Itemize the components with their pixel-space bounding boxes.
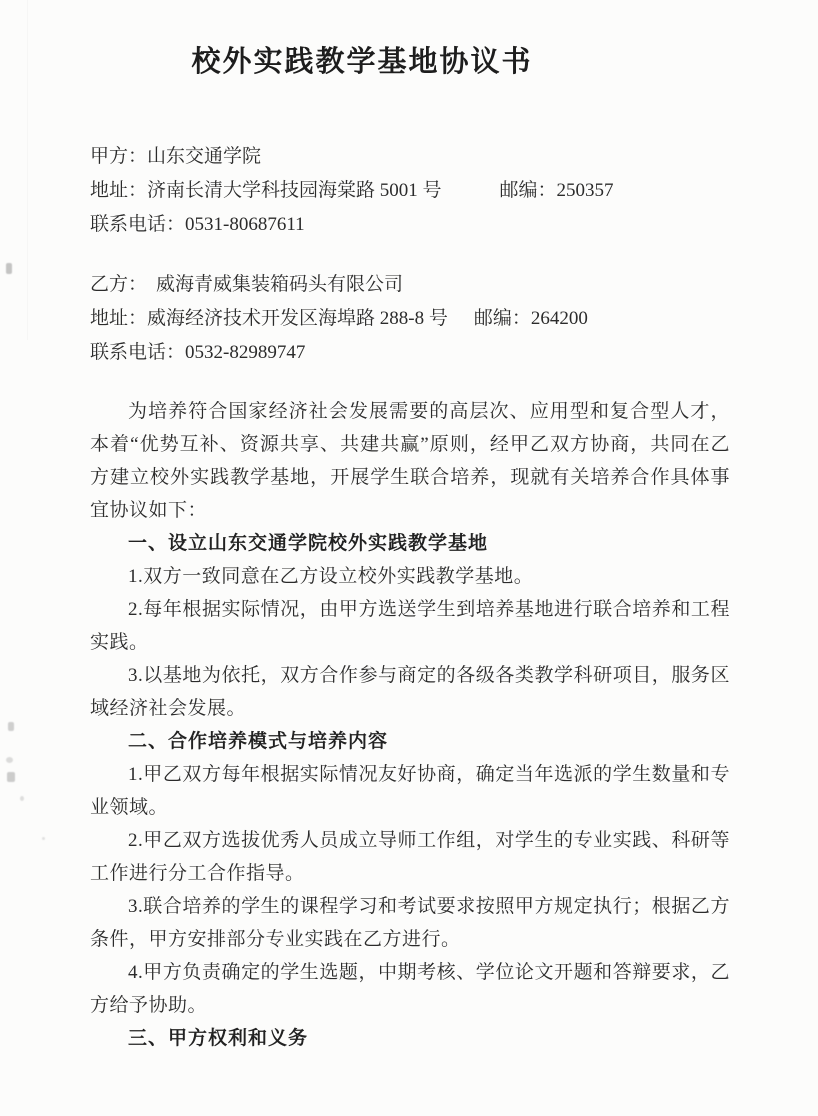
- section-2-item-1: 1.甲乙双方每年根据实际情况友好协商，确定当年选派的学生数量和专业领域。: [90, 758, 730, 824]
- party-b-phone-label: 联系电话：: [90, 342, 185, 363]
- party-b-role-label: 乙方：: [90, 274, 147, 295]
- party-b-address-label: 地址：: [90, 308, 147, 329]
- document-title: 校外实践教学基地协议书: [42, 42, 682, 83]
- party-a-phone: 0531-80687611: [185, 214, 305, 235]
- agreement-body: 为培养符合国家经济社会发展需要的高层次、应用型和复合型人才，本着“优势互补、资源…: [90, 395, 730, 1055]
- preamble-paragraph: 为培养符合国家经济社会发展需要的高层次、应用型和复合型人才，本着“优势互补、资源…: [90, 395, 730, 527]
- party-a-role-label: 甲方：: [90, 146, 147, 167]
- scan-speck: [42, 837, 45, 840]
- scanned-document-page: 校外实践教学基地协议书 甲方：山东交通学院 地址：济南长清大学科技园海棠路 50…: [0, 0, 818, 1116]
- party-b-block: 乙方：威海青威集装箱码头有限公司 地址：威海经济技术开发区海埠路 288-8 号…: [90, 268, 730, 370]
- section-1-item-2: 2.每年根据实际情况，由甲方选送学生到培养基地进行联合培养和工程实践。: [90, 593, 730, 659]
- party-b-postal-label: 邮编：: [474, 308, 531, 329]
- party-b-phone: 0532-82989747: [185, 342, 305, 363]
- section-1-item-3: 3.以基地为依托，双方合作参与商定的各级各类教学科研项目，服务区域经济社会发展。: [90, 659, 730, 725]
- party-a-name-line: 甲方：山东交通学院: [90, 140, 730, 174]
- party-b-address: 威海经济技术开发区海埠路 288-8 号: [147, 308, 448, 329]
- party-a-address: 济南长清大学科技园海棠路 5001 号: [147, 180, 442, 201]
- party-a-postal-code: 250357: [557, 180, 614, 201]
- scan-speck: [8, 722, 14, 731]
- section-1-heading: 一、设立山东交通学院校外实践教学基地: [90, 527, 730, 560]
- scan-speck: [6, 263, 12, 274]
- party-b-address-line: 地址：威海经济技术开发区海埠路 288-8 号邮编：264200: [90, 302, 730, 336]
- scan-speck: [7, 772, 15, 782]
- party-a-name: 山东交通学院: [147, 146, 261, 167]
- party-a-phone-line: 联系电话：0531-80687611: [90, 208, 730, 242]
- scan-speck: [6, 757, 13, 763]
- party-a-block: 甲方：山东交通学院 地址：济南长清大学科技园海棠路 5001 号邮编：25035…: [90, 140, 730, 242]
- section-2-item-3: 3.联合培养的学生的课程学习和考试要求按照甲方规定执行；根据乙方条件，甲方安排部…: [90, 890, 730, 956]
- party-b-name-line: 乙方：威海青威集装箱码头有限公司: [90, 268, 730, 302]
- section-2-item-2: 2.甲乙双方选拔优秀人员成立导师工作组，对学生的专业实践、科研等工作进行分工合作…: [90, 824, 730, 890]
- section-2-item-4: 4.甲方负责确定的学生选题，中期考核、学位论文开题和答辩要求，乙方给予协助。: [90, 956, 730, 1022]
- party-b-postal-code: 264200: [531, 308, 588, 329]
- party-b-phone-line: 联系电话：0532-82989747: [90, 336, 730, 370]
- document-content: 校外实践教学基地协议书 甲方：山东交通学院 地址：济南长清大学科技园海棠路 50…: [90, 0, 730, 1055]
- scan-speck: [20, 796, 24, 801]
- section-2-heading: 二、合作培养模式与培养内容: [90, 725, 730, 758]
- party-a-address-label: 地址：: [90, 180, 147, 201]
- scan-edge-artifact: [27, 0, 28, 340]
- party-a-phone-label: 联系电话：: [90, 214, 185, 235]
- party-a-postal-label: 邮编：: [500, 180, 557, 201]
- section-3-heading: 三、甲方权利和义务: [90, 1022, 730, 1055]
- section-1-item-1: 1.双方一致同意在乙方设立校外实践教学基地。: [90, 560, 730, 593]
- party-a-address-line: 地址：济南长清大学科技园海棠路 5001 号邮编：250357: [90, 174, 730, 208]
- party-b-name: 威海青威集装箱码头有限公司: [156, 274, 403, 295]
